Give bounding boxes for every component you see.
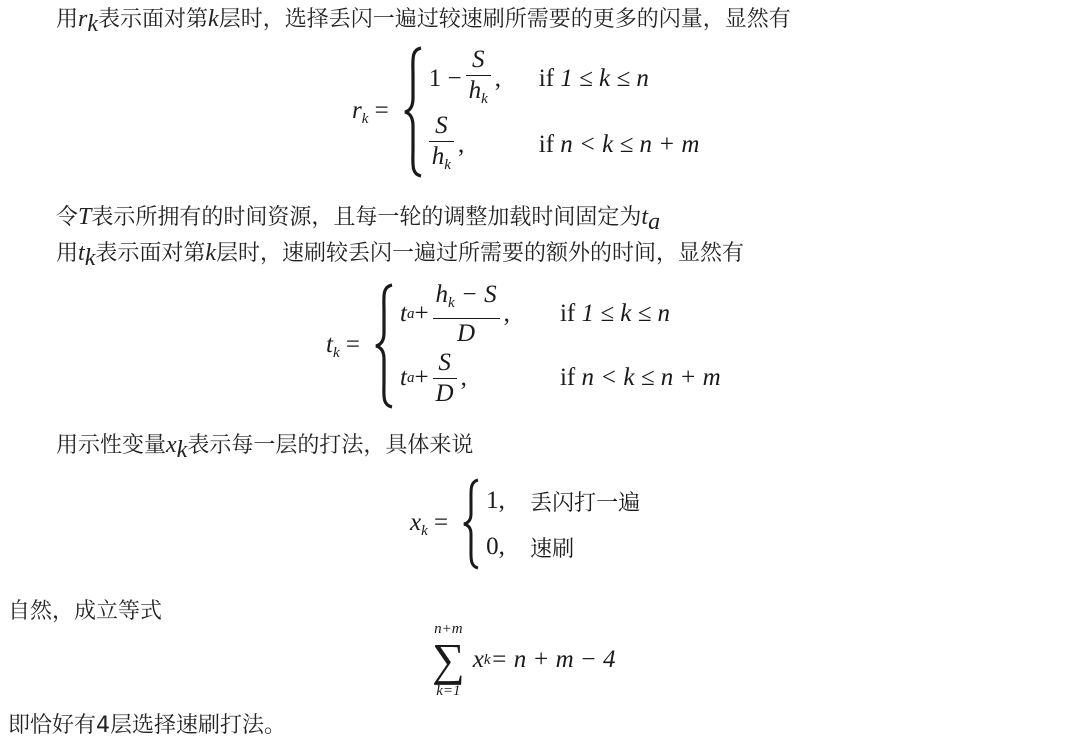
equation-t-k: tk = ta + hk − SD, if 1 ≤ k ≤ n ta + SD,… — [326, 282, 721, 410]
text: 用 — [56, 241, 78, 266]
text: 层时，选择丢闪一遍过较速刷所需要的更多的闪量，显然有 — [219, 7, 791, 32]
text: 层时，速刷较丢闪一遍过所需要的额外的时间，显然有 — [216, 241, 744, 266]
left-brace-icon — [374, 283, 396, 409]
condition: if n < k ≤ n + m — [560, 364, 721, 392]
text: 表示面对第 — [98, 7, 208, 32]
paragraph-t-definition: 用tk表示面对第k层时，速刷较丢闪一遍过所需要的额外的时间，显然有 — [56, 236, 744, 272]
math-sub: k — [177, 437, 188, 463]
text: 自然，成立等式 — [8, 599, 162, 624]
condition: if 1 ≤ k ≤ n — [560, 300, 670, 328]
text: 令 — [56, 205, 78, 230]
equation-lhs: xk = — [410, 509, 448, 540]
text: 表示面对第 — [95, 241, 205, 266]
math-var: k — [205, 240, 216, 266]
condition: if 1 ≤ k ≤ n — [539, 65, 649, 93]
equation-lhs: tk = — [326, 331, 360, 362]
math-var: k — [208, 6, 219, 32]
equation-sum: n+m ∑ k=1 xk = n + m − 4 — [432, 620, 616, 700]
summation: n+m ∑ k=1 — [432, 620, 465, 700]
fraction: Shk — [429, 111, 454, 180]
equation-x-k: xk = 1,丢闪打一遍 0,速刷 — [410, 478, 640, 570]
math-var: r — [78, 6, 87, 32]
paragraph-conclusion: 即恰好有4层选择速刷打法。 — [8, 708, 286, 739]
math-sub: k — [85, 245, 96, 271]
equation-r-k: rk = 1 − Shk, if 1 ≤ k ≤ n Shk, if n < k… — [352, 46, 699, 178]
case-row: 1,丢闪打一遍 — [486, 478, 640, 524]
cases: ta + hk − SD, if 1 ≤ k ≤ n ta + SD, if n… — [400, 282, 721, 410]
math-var: t — [78, 240, 85, 266]
left-brace-icon — [403, 46, 425, 178]
text: 用 — [56, 7, 78, 32]
fraction: hk − SD — [433, 280, 500, 349]
sigma-icon: ∑ — [432, 638, 465, 682]
paragraph-x-definition: 用示性变量xk表示每一层的打法，具体来说 — [56, 428, 473, 464]
math-sub: k — [87, 11, 98, 37]
case-row: ta + hk − SD, if 1 ≤ k ≤ n — [400, 282, 721, 346]
condition: if n < k ≤ n + m — [539, 131, 700, 159]
cases: 1,丢闪打一遍 0,速刷 — [486, 478, 640, 570]
math-var: x — [166, 432, 177, 458]
case-row: ta + SD, if n < k ≤ n + m — [400, 346, 721, 410]
text: 表示所拥有的时间资源，且每一轮的调整加载时间固定为 — [91, 205, 641, 230]
equation-lhs: rk = — [352, 97, 389, 128]
paragraph-r-definition: 用rk表示面对第k层时，选择丢闪一遍过较速刷所需要的更多的闪量，显然有 — [56, 2, 791, 38]
case-row: Shk, if n < k ≤ n + m — [429, 112, 700, 178]
math-sub: a — [648, 209, 660, 235]
text: 即恰好有4层选择速刷打法。 — [8, 713, 286, 738]
paragraph-T-definition: 令T表示所拥有的时间资源，且每一轮的调整加载时间固定为ta — [56, 200, 660, 236]
paragraph-naturally: 自然，成立等式 — [8, 594, 162, 625]
math-var: T — [78, 204, 91, 230]
left-brace-icon — [462, 478, 482, 570]
fraction: Shk — [466, 45, 491, 114]
text: 表示每一层的打法，具体来说 — [187, 433, 473, 458]
case-row: 1 − Shk, if 1 ≤ k ≤ n — [429, 46, 700, 112]
text: 用示性变量 — [56, 433, 166, 458]
fraction: SD — [433, 348, 457, 409]
case-row: 0,速刷 — [486, 524, 640, 570]
cases: 1 − Shk, if 1 ≤ k ≤ n Shk, if n < k ≤ n … — [429, 46, 700, 178]
